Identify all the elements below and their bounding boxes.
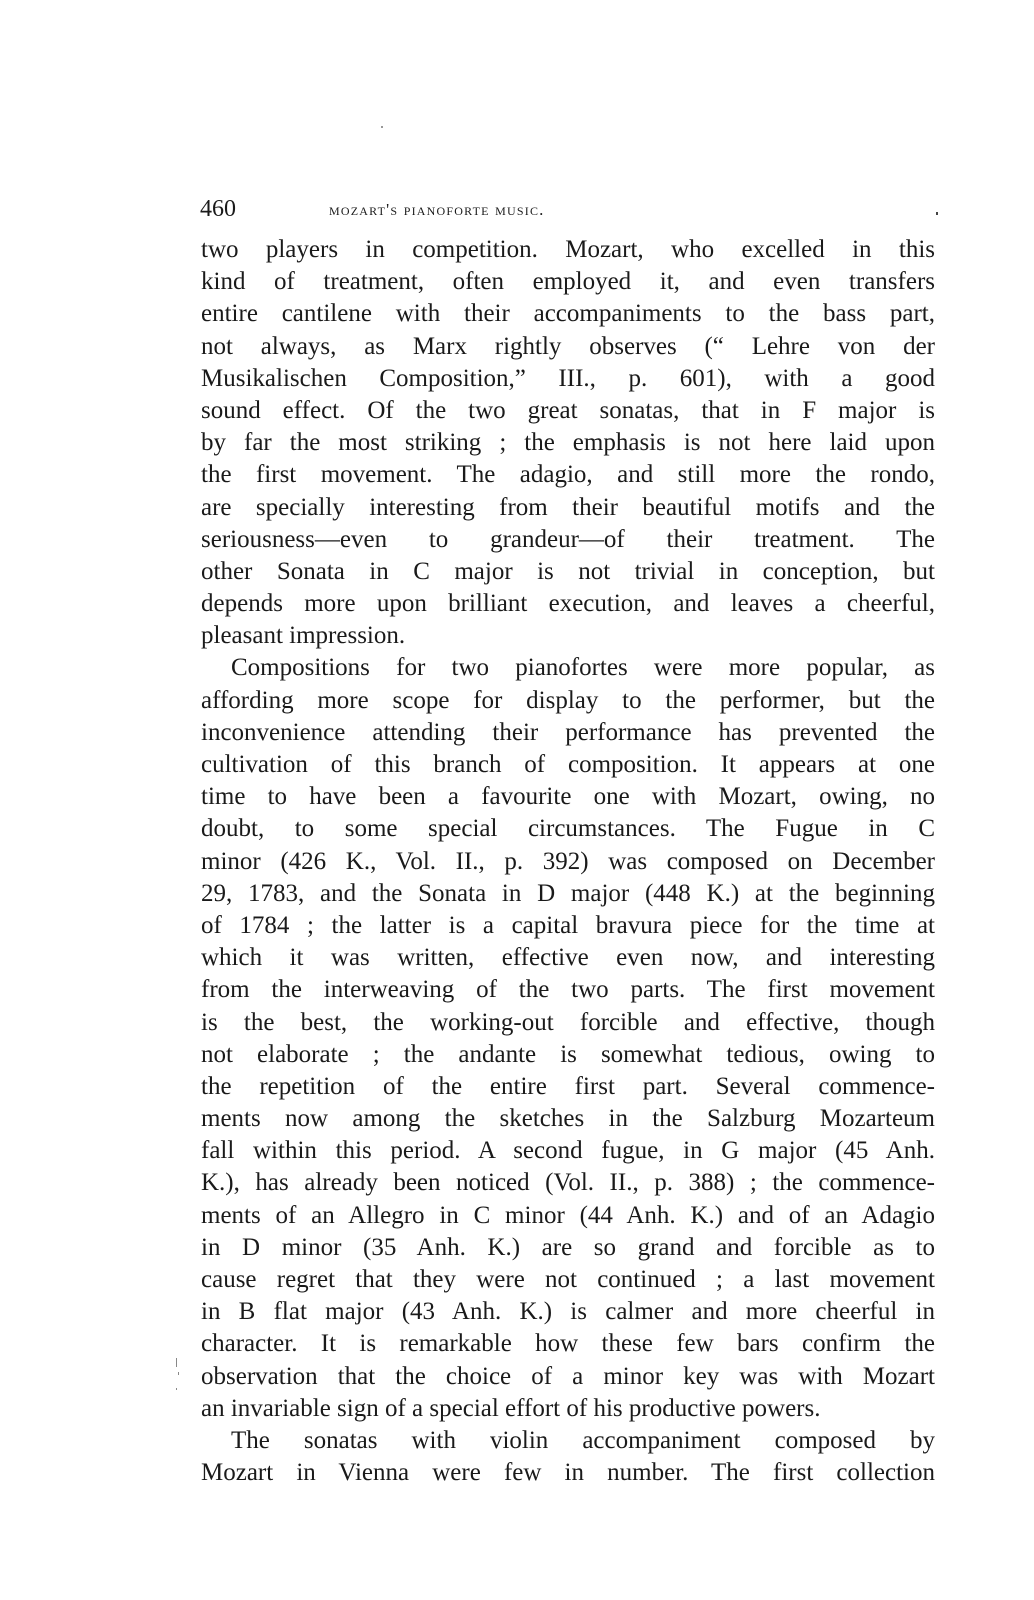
text-line: fall within this period. A second fugue,… xyxy=(201,1135,935,1167)
text-line: ments now among the sketches in the Salz… xyxy=(201,1103,935,1135)
text-line: The sonatas with violin accompaniment co… xyxy=(201,1425,935,1457)
text-line: kind of treatment, often employed it, an… xyxy=(201,266,935,298)
text-line: seriousness—even to grandeur—of their tr… xyxy=(201,524,935,556)
text-line: character. It is remarkable how these fe… xyxy=(201,1328,935,1360)
text-line: Mozart in Vienna were few in number. The… xyxy=(201,1457,935,1489)
text-line: other Sonata in C major is not trivial i… xyxy=(201,556,935,588)
paragraph-3: The sonatas with violin accompaniment co… xyxy=(201,1425,935,1489)
text-line: not always, as Marx rightly observes (“ … xyxy=(201,331,935,363)
text-line: pleasant impression. xyxy=(201,620,935,652)
text-line: Musikalischen Composition,” III., p. 601… xyxy=(201,363,935,395)
text-line: in B flat major (43 Anh. K.) is calmer a… xyxy=(201,1296,935,1328)
scan-speck xyxy=(381,126,383,128)
text-line: minor (426 K., Vol. II., p. 392) was com… xyxy=(201,846,935,878)
text-line: not elaborate ; the andante is somewhat … xyxy=(201,1039,935,1071)
body-text: two players in competition. Mozart, who … xyxy=(201,234,935,1489)
text-line: time to have been a favourite one with M… xyxy=(201,781,935,813)
book-page: 460 MOZART'S PIANOFORTE MUSIC. two playe… xyxy=(0,0,1034,1600)
text-line: the repetition of the entire first part.… xyxy=(201,1071,935,1103)
paragraph-2: Compositions for two pianofortes were mo… xyxy=(201,652,935,1425)
text-line: is the best, the working-out forcible an… xyxy=(201,1007,935,1039)
text-line: ments of an Allegro in C minor (44 Anh. … xyxy=(201,1200,935,1232)
text-line: in D minor (35 Anh. K.) are so grand and… xyxy=(201,1232,935,1264)
text-line: the first movement. The adagio, and stil… xyxy=(201,459,935,491)
text-line: cultivation of this branch of compositio… xyxy=(201,749,935,781)
text-line: inconvenience attending their performanc… xyxy=(201,717,935,749)
text-line: 29, 1783, and the Sonata in D major (448… xyxy=(201,878,935,910)
text-line: by far the most striking ; the emphasis … xyxy=(201,427,935,459)
text-line: K.), has already been noticed (Vol. II.,… xyxy=(201,1167,935,1199)
text-line: depends more upon brilliant execution, a… xyxy=(201,588,935,620)
text-line: two players in competition. Mozart, who … xyxy=(201,234,935,266)
text-line: Compositions for two pianofortes were mo… xyxy=(201,652,935,684)
running-head: MOZART'S PIANOFORTE MUSIC. xyxy=(329,196,545,224)
text-line: sound effect. Of the two great sonatas, … xyxy=(201,395,935,427)
scan-speck xyxy=(936,212,938,215)
text-line: entire cantilene with their accompanimen… xyxy=(201,298,935,330)
text-line: affording more scope for display to the … xyxy=(201,685,935,717)
margin-pencil-mark xyxy=(176,1358,182,1398)
text-line: are specially interesting from their bea… xyxy=(201,492,935,524)
text-line: of 1784 ; the latter is a capital bravur… xyxy=(201,910,935,942)
text-line: which it was written, effective even now… xyxy=(201,942,935,974)
text-line: an invariable sign of a special effort o… xyxy=(201,1393,935,1425)
paragraph-1: two players in competition. Mozart, who … xyxy=(201,234,935,652)
page-header: 460 MOZART'S PIANOFORTE MUSIC. xyxy=(200,194,940,224)
text-line: from the interweaving of the two parts. … xyxy=(201,974,935,1006)
text-line: cause regret that they were not continue… xyxy=(201,1264,935,1296)
page-number: 460 xyxy=(200,194,236,224)
text-line: observation that the choice of a minor k… xyxy=(201,1361,935,1393)
text-line: doubt, to some special circumstances. Th… xyxy=(201,813,935,845)
